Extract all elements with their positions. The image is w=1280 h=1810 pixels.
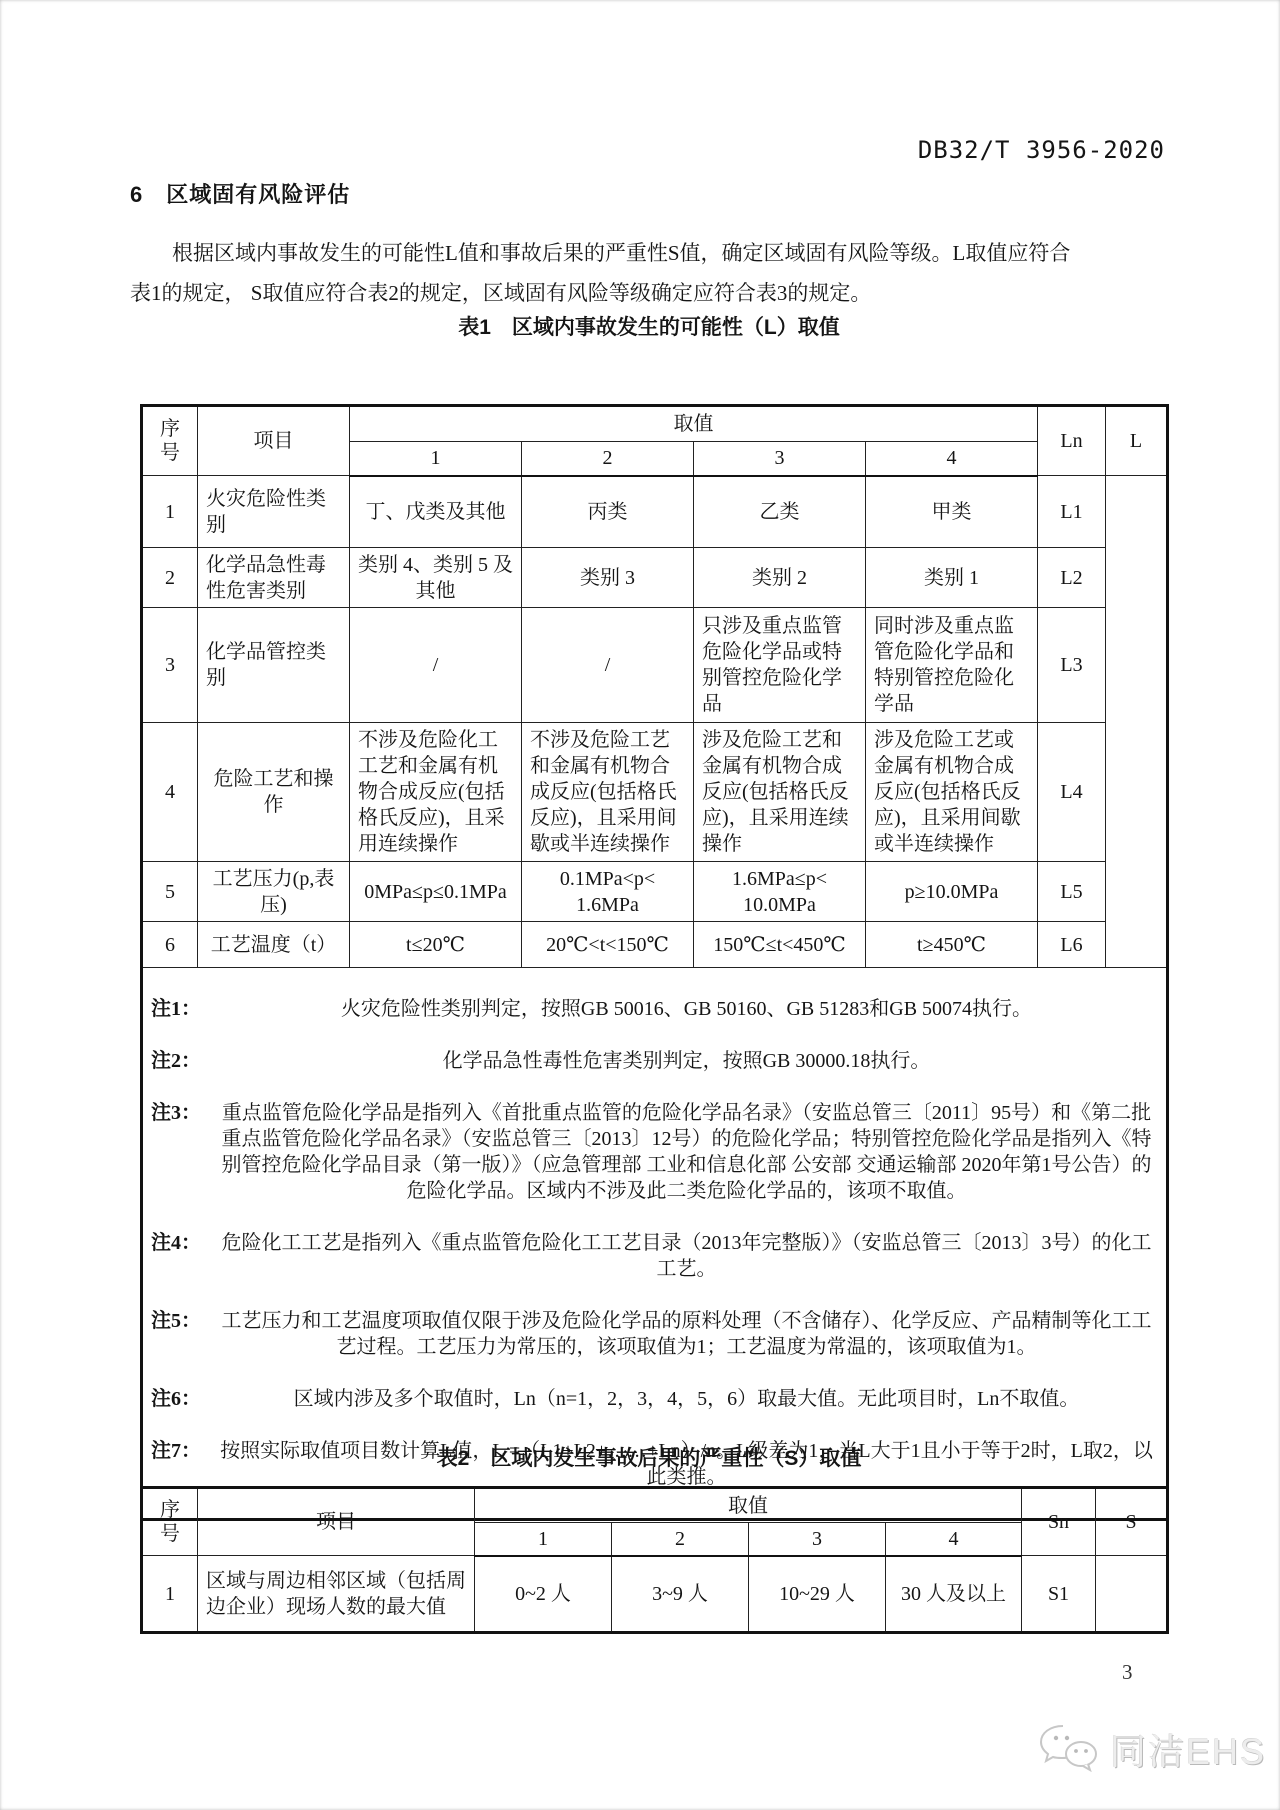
note-text: 区域内涉及多个取值时，Ln（n=1，2，3，4，5，6）取最大值。无此项目时，L… — [294, 1388, 1080, 1410]
cell-value: 甲类 — [866, 476, 1038, 548]
note-label: 注6： — [151, 1386, 201, 1412]
cell-seq: 2 — [142, 548, 198, 608]
t1-header-col4: 4 — [866, 442, 1038, 476]
cell-item: 工艺温度（t） — [198, 922, 350, 968]
t2-header-s: S — [1096, 1488, 1168, 1556]
t2-header-sn: Sn — [1022, 1488, 1096, 1556]
section-heading: 6 区域固有风险评估 — [130, 178, 350, 209]
cell-ln: L3 — [1038, 608, 1106, 723]
t1-header-l: L — [1106, 406, 1168, 476]
cell-item: 工艺压力(p,表压) — [198, 862, 350, 922]
intro-line-2: 表1的规定， S取值应符合表2的规定，区域固有风险等级确定应符合表3的规定。 — [130, 273, 1168, 313]
cell-value: 0MPa≤p≤0.1MPa — [350, 862, 522, 922]
t2-header-col3: 3 — [749, 1523, 886, 1556]
cell-value: 10~29 人 — [749, 1556, 886, 1633]
note-label: 注1： — [151, 996, 201, 1022]
cell-value: 丁、戊类及其他 — [350, 476, 522, 548]
note-4: 注4：危险化工工艺是指列入《重点监管危险化工工艺目录（2013年完整版）》（安监… — [151, 1230, 1158, 1282]
note-label: 注4： — [151, 1230, 201, 1256]
cell-value: t≥450℃ — [866, 922, 1038, 968]
note-5: 注5：工艺压力和工艺温度项取值仅限于涉及危险化学品的原料处理（不含储存）、化学反… — [151, 1308, 1158, 1360]
cell-l-empty — [1106, 476, 1168, 968]
cell-value: 不涉及危险化工工艺和金属有机物合成反应(包括格氏反应)，且采用连续操作 — [350, 723, 522, 862]
t1-header-col1: 1 — [350, 442, 522, 476]
note-label: 注2： — [151, 1048, 201, 1074]
cell-ln: L4 — [1038, 723, 1106, 862]
t2-header-col2: 2 — [612, 1523, 749, 1556]
page-number: 3 — [1122, 1660, 1133, 1685]
cell-seq: 5 — [142, 862, 198, 922]
t1-header-item: 项目 — [198, 406, 350, 476]
note-1: 注1：火灾危险性类别判定，按照GB 50016、GB 50160、GB 5128… — [151, 996, 1158, 1022]
cell-item: 化学品管控类别 — [198, 608, 350, 723]
cell-value: t≤20℃ — [350, 922, 522, 968]
t1-header-seq: 序 号 — [142, 406, 198, 476]
cell-seq: 3 — [142, 608, 198, 723]
t1-header-values: 取值 — [350, 406, 1038, 442]
intro-paragraph: 根据区域内事故发生的可能性L值和事故后果的严重性S值，确定区域固有风险等级。L取… — [130, 233, 1168, 313]
note-text: 重点监管危险化学品是指列入《首批重点监管的危险化学品名录》（安监总管三〔2011… — [222, 1102, 1152, 1202]
cell-value: 涉及危险工艺或金属有机物合成反应(包括格氏反应)，且采用间歇或半连续操作 — [866, 723, 1038, 862]
t2-header-col1: 1 — [475, 1523, 612, 1556]
table1-title: 表1 区域内事故发生的可能性（L）取值 — [130, 311, 1168, 341]
cell-ln: L2 — [1038, 548, 1106, 608]
cell-value: 类别 4、类别 5 及其他 — [350, 548, 522, 608]
cell-value: 只涉及重点监管危险化学品或特别管控危险化学品 — [694, 608, 866, 723]
intro-line-1: 根据区域内事故发生的可能性L值和事故后果的严重性S值，确定区域固有风险等级。L取… — [130, 233, 1168, 273]
table2-title: 表2 区域内发生事故后果的严重性（S）取值 — [130, 1442, 1168, 1472]
note-label: 注3： — [151, 1100, 201, 1126]
cell-ln: L1 — [1038, 476, 1106, 548]
cell-value: p≥10.0MPa — [866, 862, 1038, 922]
cell-seq: 6 — [142, 922, 198, 968]
cell-value: / — [522, 608, 694, 723]
cell-seq: 1 — [142, 1556, 198, 1633]
cell-value: 同时涉及重点监管危险化学品和特别管控危险化学品 — [866, 608, 1038, 723]
cell-value: 类别 3 — [522, 548, 694, 608]
cell-ln: L6 — [1038, 922, 1106, 968]
t2-header-values: 取值 — [475, 1488, 1022, 1523]
cell-s-empty — [1096, 1556, 1168, 1633]
cell-seq: 1 — [142, 476, 198, 548]
cell-item: 化学品急性毒性危害类别 — [198, 548, 350, 608]
cell-value: 150℃≤t<450℃ — [694, 922, 866, 968]
table1: 序 号 项目 取值 Ln L 1 2 3 4 1 火灾危险性类别 丁、戊类及其他… — [140, 404, 1169, 1521]
watermark: 同洁EHS — [1036, 1722, 1266, 1777]
table1-notes: 注1：火灾危险性类别判定，按照GB 50016、GB 50160、GB 5128… — [142, 968, 1168, 1520]
cell-value: / — [350, 608, 522, 723]
cell-value: 乙类 — [694, 476, 866, 548]
wechat-icon — [1036, 1722, 1102, 1777]
cell-seq: 4 — [142, 723, 198, 862]
cell-value: 不涉及危险工艺和金属有机物合成反应(包括格氏反应)，且采用间歇或半连续操作 — [522, 723, 694, 862]
note-3: 注3：重点监管危险化学品是指列入《首批重点监管的危险化学品名录》（安监总管三〔2… — [151, 1100, 1158, 1204]
cell-item: 火灾危险性类别 — [198, 476, 350, 548]
note-text: 工艺压力和工艺温度项取值仅限于涉及危险化学品的原料处理（不含储存）、化学反应、产… — [222, 1310, 1152, 1358]
note-text: 化学品急性毒性危害类别判定，按照GB 30000.18执行。 — [443, 1050, 931, 1072]
doc-number: DB32/T 3956-2020 — [918, 136, 1165, 164]
cell-value: 类别 2 — [694, 548, 866, 608]
cell-item: 区域与周边相邻区域（包括周边企业）现场人数的最大值 — [198, 1556, 475, 1633]
t1-header-col3: 3 — [694, 442, 866, 476]
table2: 序 号 项目 取值 Sn S 1 2 3 4 1 区域与周边相邻区域（包括周边企… — [140, 1486, 1169, 1634]
t2-header-item: 项目 — [198, 1488, 475, 1556]
note-text: 火灾危险性类别判定，按照GB 50016、GB 50160、GB 51283和G… — [341, 998, 1032, 1020]
cell-value: 0.1MPa<p< 1.6MPa — [522, 862, 694, 922]
cell-item: 危险工艺和操作 — [198, 723, 350, 862]
cell-sn: S1 — [1022, 1556, 1096, 1633]
note-text: 危险化工工艺是指列入《重点监管危险化工工艺目录（2013年完整版）》（安监总管三… — [222, 1232, 1152, 1280]
cell-value: 类别 1 — [866, 548, 1038, 608]
cell-value: 1.6MPa≤p< 10.0MPa — [694, 862, 866, 922]
t2-header-col4: 4 — [886, 1523, 1022, 1556]
t2-header-seq: 序 号 — [142, 1488, 198, 1556]
cell-value: 涉及危险工艺和金属有机物合成反应(包括格氏反应)，且采用连续操作 — [694, 723, 866, 862]
watermark-text: 同洁EHS — [1110, 1724, 1266, 1775]
note-6: 注6：区域内涉及多个取值时，Ln（n=1，2，3，4，5，6）取最大值。无此项目… — [151, 1386, 1158, 1412]
document-page: DB32/T 3956-2020 6 区域固有风险评估 根据区域内事故发生的可能… — [0, 0, 1280, 1810]
note-2: 注2：化学品急性毒性危害类别判定，按照GB 30000.18执行。 — [151, 1048, 1158, 1074]
cell-value: 0~2 人 — [475, 1556, 612, 1633]
cell-value: 丙类 — [522, 476, 694, 548]
cell-ln: L5 — [1038, 862, 1106, 922]
cell-value: 3~9 人 — [612, 1556, 749, 1633]
t1-header-col2: 2 — [522, 442, 694, 476]
cell-value: 30 人及以上 — [886, 1556, 1022, 1633]
note-label: 注5： — [151, 1308, 201, 1334]
cell-value: 20℃<t<150℃ — [522, 922, 694, 968]
t1-header-ln: Ln — [1038, 406, 1106, 476]
